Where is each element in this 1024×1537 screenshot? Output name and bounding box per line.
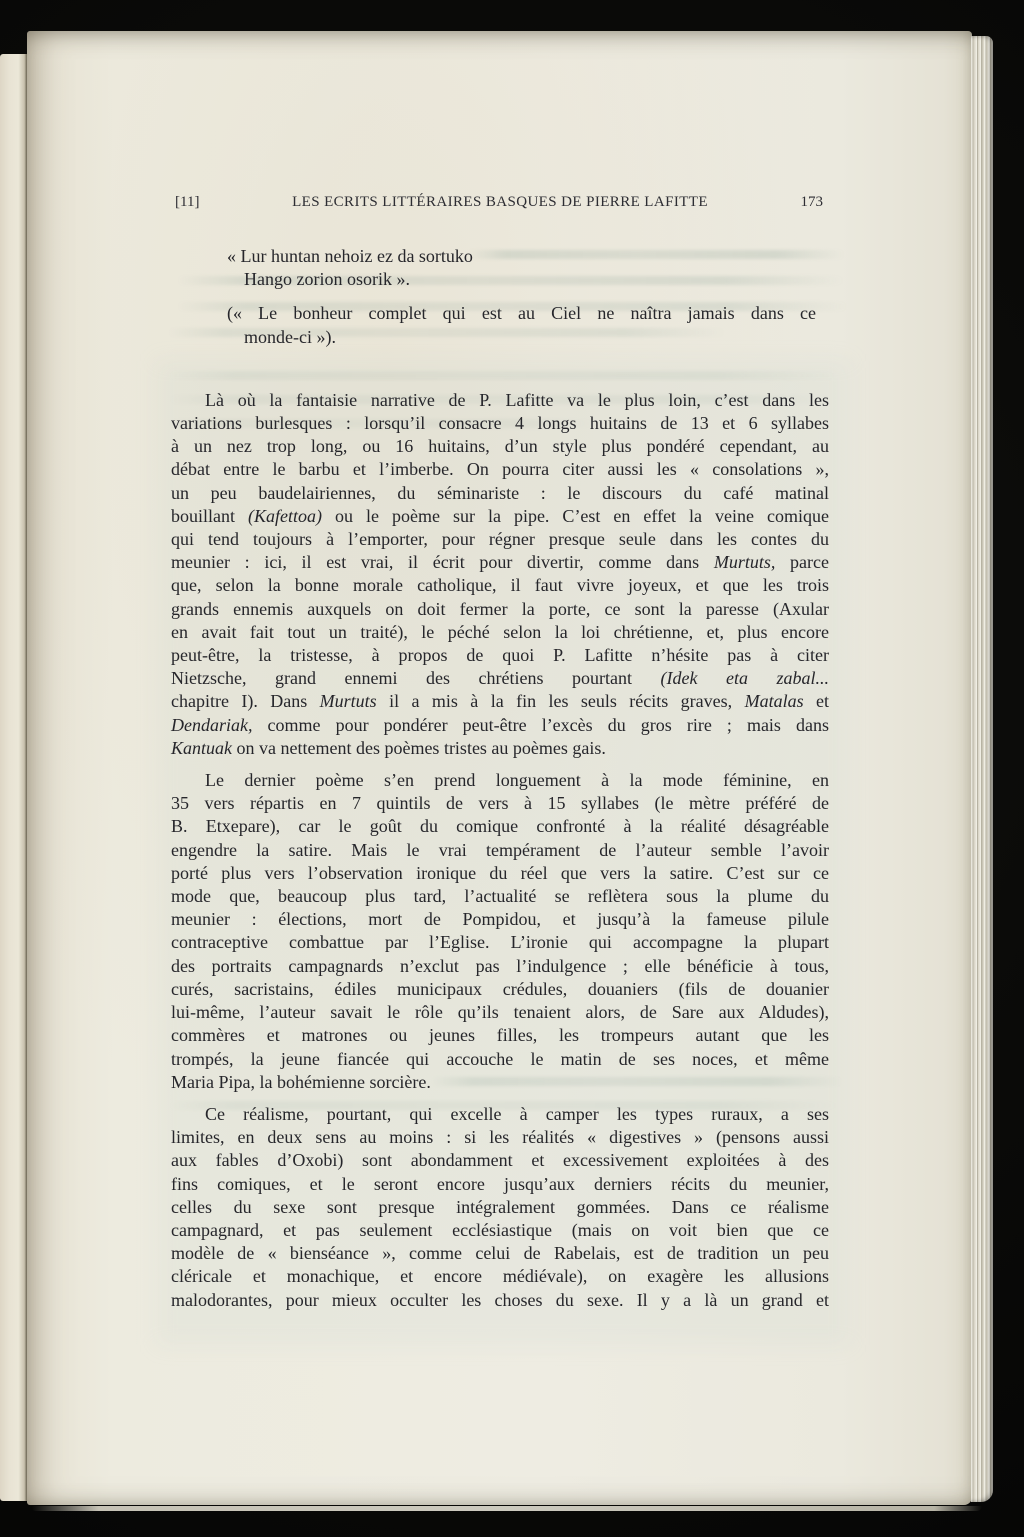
text-segment: chapitre I). Dans <box>171 691 320 711</box>
text-segment: grands ennemis auxquels on doit fermer l… <box>171 599 829 619</box>
text-segment: à un nez trop long, ou 16 huitains, d’un… <box>171 436 829 456</box>
printed-content: [11] LES ECRITS LITTÉRAIRES BASQUES DE P… <box>171 191 829 1312</box>
text-line: trompés, la jeune fiancée qui accouche l… <box>171 1048 829 1071</box>
text-line: des portraits campagnards n’exclut pas l… <box>171 955 829 978</box>
text-segment: bouillant <box>171 506 248 526</box>
text-line: en avait fait tout un traité), le péché … <box>171 621 829 644</box>
text-line: engendre la satire. Mais le vrai tempéra… <box>171 839 829 862</box>
text-line: « Lur huntan nehoiz ez da sortuko <box>227 245 829 268</box>
text-line: aux fables d’Oxobi) sont abondamment et … <box>171 1149 829 1172</box>
text-segment: on va nettement des poèmes tristes au po… <box>232 738 606 758</box>
text-line: cléricale et monachique, et encore médié… <box>171 1265 829 1288</box>
text-segment: parce <box>775 552 829 572</box>
paragraph: Ce réalisme, pourtant, qui excelle à cam… <box>171 1103 829 1312</box>
text-line: Dendariak, comme pour pondérer peut-être… <box>171 714 829 737</box>
text-segment: commères et matrones ou jeunes filles, l… <box>171 1025 829 1045</box>
text-segment: campagnard, et pas seulement ecclésiasti… <box>171 1220 829 1240</box>
text-line: B. Etxepare), car le goût du comique con… <box>171 815 829 838</box>
text-line: peut-être, la tristesse, à propos de quo… <box>171 644 829 667</box>
text-line: curés, sacristains, édiles municipaux cr… <box>171 978 829 1001</box>
text-segment: Nietzsche, grand ennemi des chrétiens po… <box>171 668 661 688</box>
facing-page-gutter-edge <box>0 54 27 1501</box>
text-line: Le dernier poème s’en prend longuement à… <box>171 769 829 792</box>
text-line: lui-même, l’auteur savait le rôle qu’ils… <box>171 1001 829 1024</box>
italic-title-segment: Murtuts <box>320 691 377 711</box>
text-line: qui tend toujours à l’emporter, pour rég… <box>171 528 829 551</box>
basque-verse-quote: « Lur huntan nehoiz ez da sortuko Hango … <box>227 245 829 291</box>
text-segment: fins comiques, et le seront encore jusqu… <box>171 1174 829 1194</box>
text-line: que, selon la bonne morale catholique, i… <box>171 574 829 597</box>
text-segment: Là où la fantaisie narrative de P. Lafit… <box>205 390 829 410</box>
text-segment: modèle de « bienséance », comme celui de… <box>171 1243 829 1263</box>
text-segment: contraceptive combattue par l’Eglise. L’… <box>171 932 829 952</box>
italic-title-segment: Dendariak, <box>171 715 252 735</box>
text-segment: engendre la satire. Mais le vrai tempéra… <box>171 840 829 860</box>
text-segment: trompés, la jeune fiancée qui accouche l… <box>171 1049 829 1069</box>
text-segment: qui tend toujours à l’emporter, pour rég… <box>171 529 829 549</box>
text-line: débat entre le barbu et l’imberbe. On po… <box>171 458 829 481</box>
text-line: mode que, beaucoup plus tard, l’actualit… <box>171 885 829 908</box>
book-page: [11] LES ECRITS LITTÉRAIRES BASQUES DE P… <box>27 31 972 1505</box>
text-segment: que, selon la bonne morale catholique, i… <box>171 575 829 595</box>
text-line: commères et matrones ou jeunes filles, l… <box>171 1024 829 1047</box>
text-line: monde-ci »). <box>244 326 816 349</box>
text-line: modèle de « bienséance », comme celui de… <box>171 1242 829 1265</box>
text-line: grands ennemis auxquels on doit fermer l… <box>171 598 829 621</box>
text-segment: B. Etxepare), car le goût du comique con… <box>171 816 829 836</box>
text-line: variations burlesques : lorsqu’il consac… <box>171 412 829 435</box>
text-line: à un nez trop long, ou 16 huitains, d’un… <box>171 435 829 458</box>
text-line: malodorantes, pour mieux occulter les ch… <box>171 1289 829 1312</box>
page-header: [11] LES ECRITS LITTÉRAIRES BASQUES DE P… <box>171 191 829 213</box>
text-line: meunier : élections, mort de Pompidou, e… <box>171 908 829 931</box>
text-line: bouillant (Kafettoa) ou le poème sur la … <box>171 505 829 528</box>
text-line: campagnard, et pas seulement ecclésiasti… <box>171 1219 829 1242</box>
text-segment: en avait fait tout un traité), le péché … <box>171 622 829 642</box>
text-segment: débat entre le barbu et l’imberbe. On po… <box>171 459 829 479</box>
italic-title-segment: Matalas <box>745 691 804 711</box>
text-segment: variations burlesques : lorsqu’il consac… <box>171 413 829 433</box>
text-segment: limites, en deux sens au moins : si les … <box>171 1127 829 1147</box>
italic-title-segment: Murtuts, <box>714 552 776 572</box>
paragraph: Le dernier poème s’en prend longuement à… <box>171 769 829 1094</box>
text-line: porté plus vers l’observation ironique d… <box>171 862 829 885</box>
text-line: Maria Pipa, la bohémienne sorcière. <box>171 1071 829 1094</box>
text-segment: 35 vers répartis en 7 quintils de vers à… <box>171 793 829 813</box>
text-segment: meunier : élections, mort de Pompidou, e… <box>171 909 829 929</box>
text-line: chapitre I). Dans Murtuts il a mis à la … <box>171 690 829 713</box>
running-title: LES ECRITS LITTÉRAIRES BASQUES DE PIERRE… <box>171 191 829 214</box>
italic-title-segment: Kantuak <box>171 738 232 758</box>
text-segment: mode que, beaucoup plus tard, l’actualit… <box>171 886 829 906</box>
text-line: un peu baudelairiennes, du séminariste :… <box>171 482 829 505</box>
text-segment: ou le poème sur la pipe. C’est en effet … <box>322 506 829 526</box>
text-line: Hango zorion osorik ». <box>244 268 829 291</box>
text-segment: comme pour pondérer peut-être l’excès du… <box>252 715 829 735</box>
text-line: Là où la fantaisie narrative de P. Lafit… <box>171 389 829 412</box>
text-segment: aux fables d’Oxobi) sont abondamment et … <box>171 1150 829 1170</box>
text-line: 35 vers répartis en 7 quintils de vers à… <box>171 792 829 815</box>
text-segment: malodorantes, pour mieux occulter les ch… <box>171 1290 829 1310</box>
text-segment: des portraits campagnards n’exclut pas l… <box>171 956 829 976</box>
text-segment: porté plus vers l’observation ironique d… <box>171 863 829 883</box>
text-line: Ce réalisme, pourtant, qui excelle à cam… <box>171 1103 829 1126</box>
scanned-book-photo: [11] LES ECRITS LITTÉRAIRES BASQUES DE P… <box>0 0 1024 1537</box>
italic-title-segment: (Kafettoa) <box>248 506 322 526</box>
french-translation-quote: (« Le bonheur complet qui est au Ciel ne… <box>227 302 816 348</box>
text-segment: il a mis à la fin les seuls récits grave… <box>377 691 745 711</box>
page-stack-edges <box>971 36 993 1502</box>
text-line: (« Le bonheur complet qui est au Ciel ne… <box>227 302 816 325</box>
text-segment: peut-être, la tristesse, à propos de quo… <box>171 645 829 665</box>
text-line: contraceptive combattue par l’Eglise. L’… <box>171 931 829 954</box>
text-line: Kantuak on va nettement des poèmes trist… <box>171 737 829 760</box>
text-segment: Maria Pipa, la bohémienne sorcière. <box>171 1072 431 1092</box>
text-line: Nietzsche, grand ennemi des chrétiens po… <box>171 667 829 690</box>
text-line: limites, en deux sens au moins : si les … <box>171 1126 829 1149</box>
text-segment: Le dernier poème s’en prend longuement à… <box>205 770 829 790</box>
text-segment: celles du sexe sont presque intégralemen… <box>171 1197 829 1217</box>
italic-title-segment: (Idek eta zabal... <box>661 668 830 688</box>
text-segment: un peu baudelairiennes, du séminariste :… <box>171 483 829 503</box>
paragraph: Là où la fantaisie narrative de P. Lafit… <box>171 389 829 760</box>
text-line: meunier : ici, il est vrai, il écrit pou… <box>171 551 829 574</box>
text-segment: lui-même, l’auteur savait le rôle qu’ils… <box>171 1002 829 1022</box>
page-number: 173 <box>801 191 824 214</box>
text-segment: Ce réalisme, pourtant, qui excelle à cam… <box>205 1104 829 1124</box>
body-paragraphs: Là où la fantaisie narrative de P. Lafit… <box>171 389 829 1312</box>
text-line: celles du sexe sont presque intégralemen… <box>171 1196 829 1219</box>
bottom-page-edge <box>32 1506 982 1511</box>
text-segment: meunier : ici, il est vrai, il écrit pou… <box>171 552 714 572</box>
text-line: fins comiques, et le seront encore jusqu… <box>171 1173 829 1196</box>
text-segment: curés, sacristains, édiles municipaux cr… <box>171 979 829 999</box>
text-segment: cléricale et monachique, et encore médié… <box>171 1266 829 1286</box>
text-segment: et <box>804 691 829 711</box>
